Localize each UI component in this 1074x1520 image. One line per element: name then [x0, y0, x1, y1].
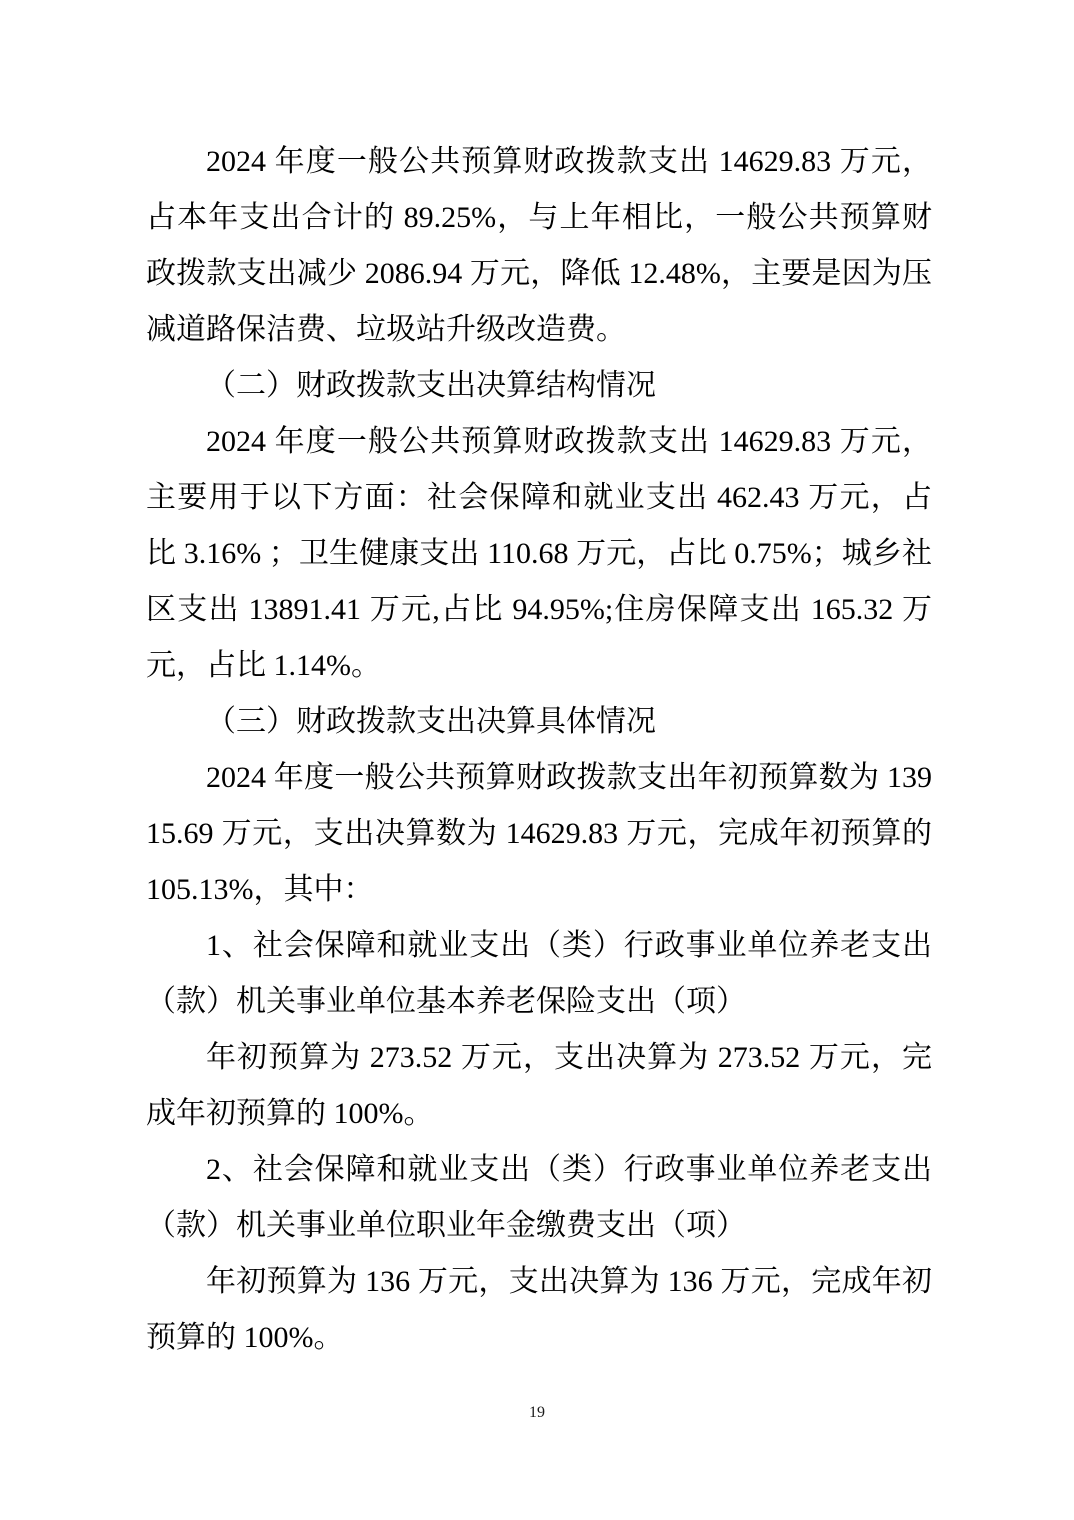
section-heading-expenditure-specifics: （三）财政拨款支出决算具体情况: [146, 694, 932, 750]
paragraph-item-2-figures: 年初预算为 136 万元，支出决算为 136 万元，完成年初预算的 100%。: [146, 1254, 932, 1366]
document-page: 2024 年度一般公共预算财政拨款支出 14629.83 万元，占本年支出合计的…: [0, 0, 1074, 1520]
paragraph-fiscal-expenditure-summary: 2024 年度一般公共预算财政拨款支出 14629.83 万元，占本年支出合计的…: [146, 134, 932, 358]
document-body: 2024 年度一般公共预算财政拨款支出 14629.83 万元，占本年支出合计的…: [146, 134, 932, 1366]
paragraph-budget-vs-final: 2024 年度一般公共预算财政拨款支出年初预算数为 13915.69 万元，支出…: [146, 750, 932, 918]
section-heading-expenditure-structure: （二）财政拨款支出决算结构情况: [146, 358, 932, 414]
list-item-2-occupational-annuity: 2、社会保障和就业支出（类）行政事业单位养老支出（款）机关事业单位职业年金缴费支…: [146, 1142, 932, 1254]
paragraph-expenditure-structure-detail: 2024 年度一般公共预算财政拨款支出 14629.83 万元，主要用于以下方面…: [146, 414, 932, 694]
list-item-1-pension-basic-insurance: 1、社会保障和就业支出（类）行政事业单位养老支出（款）机关事业单位基本养老保险支…: [146, 918, 932, 1030]
page-footer: 19: [0, 1404, 1074, 1422]
paragraph-item-1-figures: 年初预算为 273.52 万元，支出决算为 273.52 万元，完成年初预算的 …: [146, 1030, 932, 1142]
page-number: 19: [529, 1404, 545, 1421]
